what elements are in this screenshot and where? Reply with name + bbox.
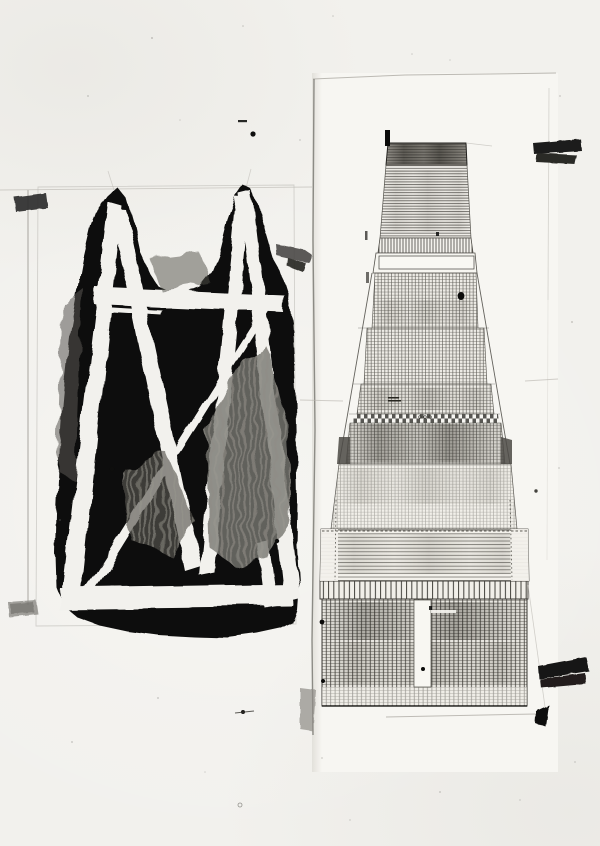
triple-dash-b [388, 400, 401, 402]
speck-18 [59, 519, 61, 521]
triple-dash-a [388, 397, 399, 399]
speck-1 [242, 25, 244, 27]
pencil-apex-guide-left [108, 171, 114, 190]
colonnade-band-hatch [378, 238, 473, 253]
wide-tier-right-corner [510, 529, 529, 581]
smear-light [333, 468, 513, 504]
speck-16 [519, 799, 521, 801]
base-light-band [322, 687, 527, 705]
speck-14 [204, 771, 206, 773]
dark-step-block-right [501, 437, 512, 464]
tape-bottom-left-inner [10, 602, 34, 614]
gray-dot-right [534, 489, 537, 492]
smear-wide [323, 534, 527, 574]
white-band-inner-box [379, 256, 474, 269]
tape-top-left [14, 193, 48, 212]
speck-10 [157, 697, 159, 699]
artwork-svg [0, 0, 600, 846]
ink-blob-on-grid [458, 292, 465, 300]
colonnade-tick [436, 232, 439, 236]
speck-12 [439, 791, 441, 793]
left-edge-tick-2 [366, 272, 369, 283]
base-door-slot [414, 600, 431, 687]
base-edge-blob-upper [320, 620, 325, 625]
speck-5 [299, 139, 301, 141]
slot-ink-dot [421, 667, 425, 671]
pencil-top-rule [0, 187, 312, 190]
speck-13 [71, 741, 73, 743]
speck-20 [449, 59, 451, 61]
ring-mark-bottom [238, 803, 242, 807]
speck-19 [349, 819, 351, 821]
smear-cap [388, 144, 467, 164]
ink-dash-mark [238, 120, 247, 122]
speck-0 [151, 37, 153, 39]
ink-drip-dot [250, 131, 255, 136]
base-edge-blob-lower [321, 679, 325, 683]
artwork-canvas [0, 0, 600, 846]
smear-shaft [383, 170, 469, 232]
speck-2 [332, 15, 334, 17]
cap-flag-tick [385, 130, 390, 146]
smear-banded [347, 424, 503, 462]
white-bottom-band [58, 584, 293, 609]
speck-7 [571, 321, 573, 323]
slot-erasure-dash [431, 610, 456, 613]
ink-dot-left [110, 467, 114, 471]
checker-band-hatch [353, 414, 499, 423]
slot-top-tick [429, 606, 432, 610]
speck-9 [519, 635, 521, 637]
grid-tier-2-hatch [364, 328, 487, 384]
speck-4 [411, 53, 413, 55]
ink-dot-right [275, 539, 279, 543]
left-edge-tick-1 [365, 231, 368, 240]
smear-tier3 [358, 388, 493, 410]
smear-tier1 [374, 300, 474, 324]
speck-15 [574, 761, 576, 763]
speck-21 [179, 119, 181, 121]
speck-17 [107, 329, 109, 331]
dark-step-block-left [337, 437, 350, 464]
cornice-band-hatch [320, 581, 528, 599]
speck-3 [87, 95, 89, 97]
speck-6 [559, 95, 561, 97]
speck-8 [558, 467, 560, 469]
speck-11 [321, 757, 323, 759]
